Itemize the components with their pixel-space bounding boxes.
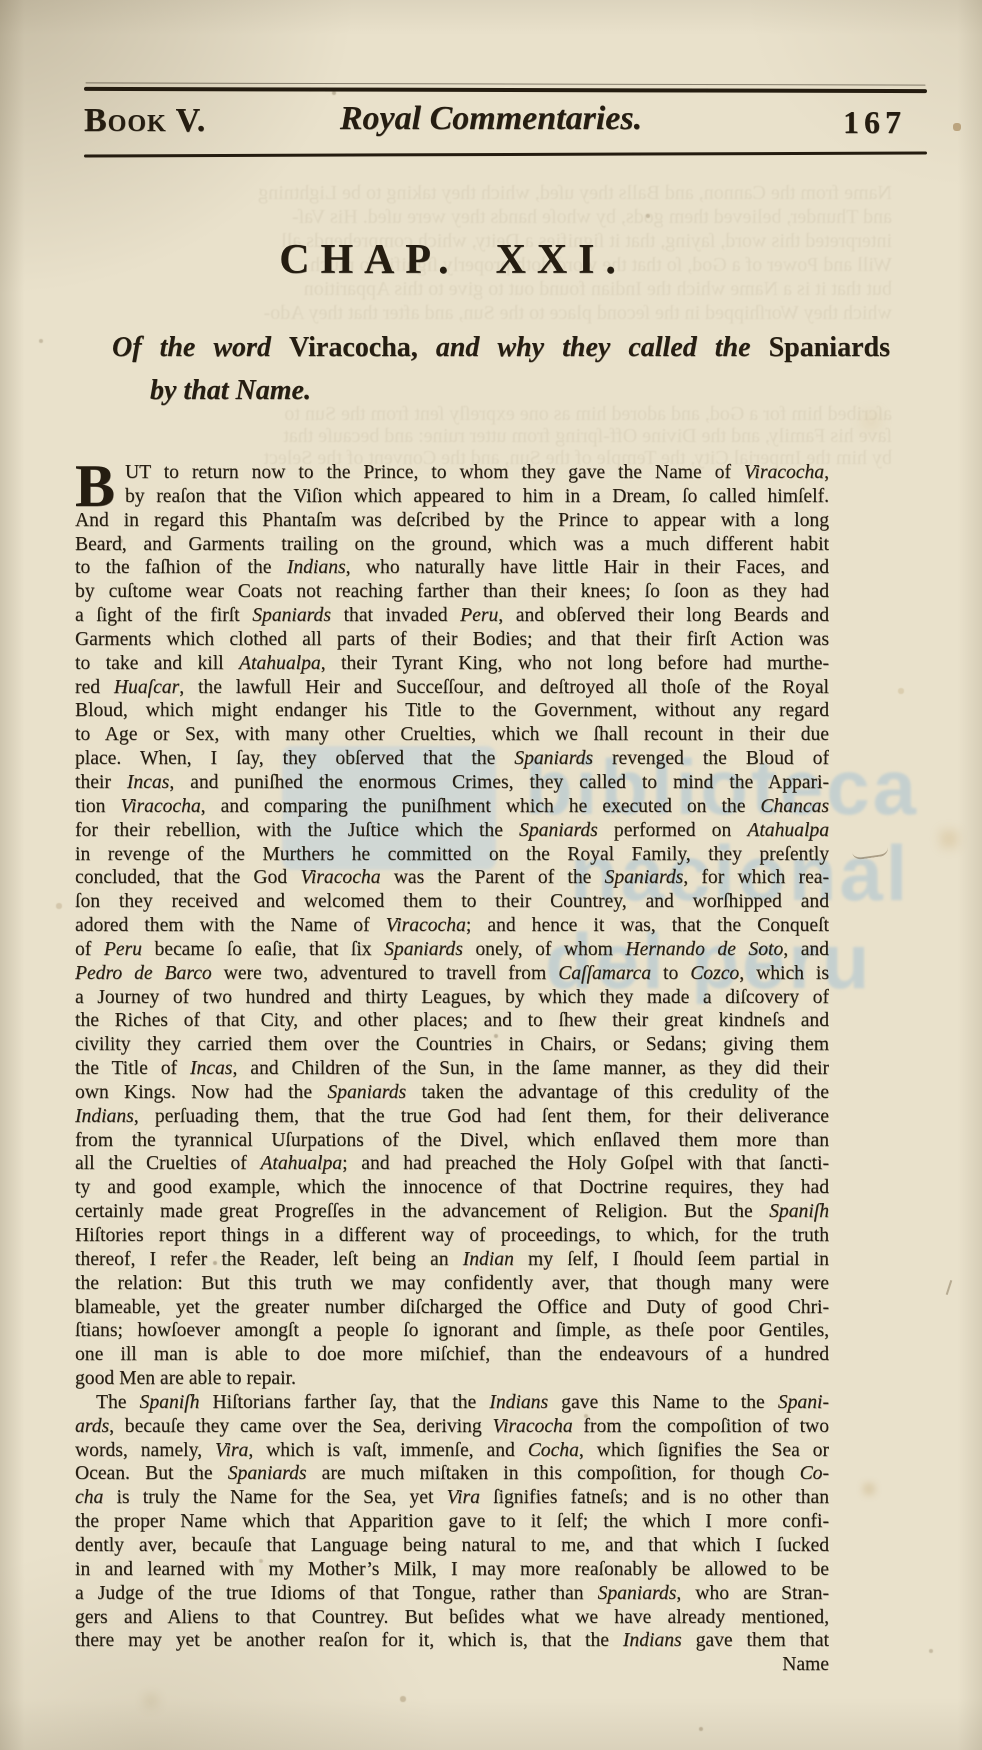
italic-text: Co- — [800, 1463, 829, 1484]
roman-text: tion — [75, 796, 121, 817]
roman-text: , for which rea- — [683, 867, 829, 888]
text-line: the Title of Incas, and Children of the … — [75, 1057, 829, 1081]
italic-text: and why they called the — [418, 332, 769, 363]
text-line: adored them with the Name of Viracocha; … — [75, 914, 829, 938]
roman-text: red — [75, 677, 114, 698]
roman-text: , and — [783, 939, 829, 960]
italic-text: Atahualpa — [239, 653, 321, 674]
text-line: ſtians; howſoever amongſt a people ſo ig… — [75, 1319, 829, 1343]
roman-text: there may yet be another reaſon for it, … — [75, 1630, 623, 1651]
text-line: a Judge of the true Idioms of that Tongu… — [75, 1582, 829, 1606]
paragraph: BUT to return now to the Prince, to whom… — [75, 461, 829, 1391]
italic-text: Spaniards — [327, 1082, 406, 1103]
italic-text: ards — [75, 1416, 109, 1437]
roman-text: to the faſhion of the — [75, 557, 287, 578]
body-text: BUT to return now to the Prince, to whom… — [75, 461, 829, 1677]
italic-text: Incas — [127, 772, 169, 793]
roman-text: from the tyrannical Uſurpations of the D… — [75, 1130, 829, 1151]
roman-text: Garments which clothed all parts of thei… — [75, 629, 829, 650]
italic-text: Peru — [104, 939, 142, 960]
roman-text: their — [75, 772, 127, 793]
text-line: dently aver, becauſe that Language being… — [75, 1534, 829, 1558]
roman-text: , and Children of the Sun, in the ſame m… — [232, 1058, 829, 1079]
italic-text: Viracocha — [492, 1416, 572, 1437]
text-line: certainly made great Progreſſes in the a… — [75, 1200, 829, 1224]
italic-text: Viracocha — [300, 867, 380, 888]
roman-text: the Riches of that City, and other place… — [75, 1010, 829, 1031]
bleedthrough-text: ſave his Family, and the Divine Off-ſpri… — [82, 424, 892, 448]
roman-text: ſignifies fatneſs; and is no other than — [480, 1487, 829, 1508]
italic-text: Spaniards — [514, 748, 593, 769]
italic-text: Indians — [489, 1392, 548, 1413]
italic-text: Hernando de Soto — [625, 939, 783, 960]
italic-text: Of the word — [112, 332, 289, 363]
italic-text: Spaniards — [384, 939, 463, 960]
roman-text: And in regard this Phantaſm was deſcribe… — [75, 510, 829, 531]
roman-text: ſon they received and welcomed them to t… — [75, 891, 829, 912]
italic-text: Viracocha — [121, 796, 201, 817]
italic-text: Atahualpa — [747, 820, 829, 841]
roman-text: gave them that — [682, 1630, 829, 1651]
italic-text: Spaniards — [252, 605, 331, 626]
italic-text: Indians — [287, 557, 346, 578]
text-line: their Incas, and puniſhed the enormous C… — [75, 771, 829, 795]
subtitle-line-2: by that Name. — [150, 369, 890, 412]
roman-text: a Judge of the true Idioms of that Tongu… — [75, 1583, 598, 1604]
text-line: all the Cruelties of Atahualpa; and had … — [75, 1152, 829, 1176]
roman-text: Bloud, which might endanger his Title to… — [75, 700, 829, 721]
text-line: the relation: But this truth we may conf… — [75, 1272, 829, 1296]
roman-text: by reaſon that the Viſion which appeared… — [125, 486, 829, 507]
roman-text: onely, of whom — [463, 939, 626, 960]
roman-text: gave this Name to the — [548, 1392, 778, 1413]
text-line: ards, becauſe they came over the Sea, de… — [75, 1415, 829, 1439]
paper-foxing-spots — [0, 0, 2, 2]
text-line: Hiſtories report things in a different w… — [75, 1224, 829, 1248]
roman-text: to Age or Sex, with many other Cruelties… — [75, 724, 829, 745]
text-line: The Spaniſh Hiſtorians farther ſay, that… — [75, 1391, 829, 1415]
italic-text: cha — [75, 1487, 103, 1508]
roman-text: Hiſtories report things in a different w… — [75, 1225, 829, 1246]
roman-text: is truly the Name for the Sea, yet — [103, 1487, 446, 1508]
roman-text: , the lawfull Heir and Succeſſour, and d… — [179, 677, 829, 698]
text-line: Beard, and Garments trailing on the grou… — [75, 533, 829, 557]
text-line: in and learned with my Mother’s Milk, I … — [75, 1558, 829, 1582]
roman-text: to take and kill — [75, 653, 239, 674]
text-line: Pedro de Barco were two, adventured to t… — [75, 962, 829, 986]
italic-text: Indian — [463, 1249, 514, 1270]
roman-text: my ſelf, I ſhould ſeem partial in — [514, 1249, 829, 1270]
roman-text: Ocean. But the — [75, 1463, 228, 1484]
text-line: for their rebellion, with the Juſtice wh… — [75, 819, 829, 843]
roman-text: of — [75, 939, 104, 960]
text-line: words, namely, Vira, which is vaſt, imme… — [75, 1439, 829, 1463]
roman-text: The — [96, 1392, 140, 1413]
roman-text: became ſo eaſie, that ſix — [142, 939, 384, 960]
roman-text: Spaniards — [769, 332, 890, 363]
text-line: from the tyrannical Uſurpations of the D… — [75, 1129, 829, 1153]
roman-text: all the Cruelties of — [75, 1153, 260, 1174]
text-line: Garments which clothed all parts of thei… — [75, 628, 829, 652]
roman-text: gers and Aliens to that Countrey. But be… — [75, 1607, 829, 1628]
chapter-heading: CHAP. XXI. — [75, 236, 831, 284]
running-title: Royal Commentaries. — [0, 100, 982, 138]
text-line: Bloud, which might endanger his Title to… — [75, 699, 829, 723]
text-line: a ſight of the firſt Spaniards that inva… — [75, 604, 829, 628]
italic-text: Vira — [215, 1440, 248, 1461]
roman-text: words, namely, — [75, 1440, 215, 1461]
roman-text: civility they carried them over the Coun… — [75, 1034, 829, 1055]
text-line: Ocean. But the Spaniards are much miſtak… — [75, 1462, 829, 1486]
italic-text: Vira — [447, 1487, 480, 1508]
text-line: ſon they received and welcomed them to t… — [75, 890, 829, 914]
italic-text: Chancas — [760, 796, 829, 817]
text-line: a Journey of two hundred and thirty Leag… — [75, 986, 829, 1010]
text-line: thereof, I refer the Reader, leſt being … — [75, 1248, 829, 1272]
roman-text: Beard, and Garments trailing on the grou… — [75, 534, 829, 555]
roman-text: revenged the Bloud of — [593, 748, 829, 769]
roman-text: thereof, I refer the Reader, leſt being … — [75, 1249, 463, 1270]
text-line: UT to return now to the Prince, to whom … — [125, 461, 829, 485]
roman-text: ; and had preached the Holy Goſpel with … — [342, 1153, 829, 1174]
roman-text: a Journey of two hundred and thirty Leag… — [75, 987, 829, 1008]
italic-text: Incas — [190, 1058, 232, 1079]
text-line: concluded, that the God Viracocha was th… — [75, 866, 829, 890]
text-line: in revenge of the Murthers he committed … — [75, 843, 829, 867]
roman-text: good Men are able to repair. — [75, 1368, 296, 1389]
text-line: to take and kill Atahualpa, their Tyrant… — [75, 652, 829, 676]
roman-text: in revenge of the Murthers he committed … — [75, 844, 829, 865]
italic-text: Cozco — [690, 963, 739, 984]
italic-text: Caſſamarca — [558, 963, 651, 984]
text-line: gers and Aliens to that Countrey. But be… — [75, 1606, 829, 1630]
text-line: good Men are able to repair. — [75, 1367, 829, 1391]
drop-cap: B — [75, 463, 118, 508]
bleedthrough-text: which they Worſhipped in the ſecond plac… — [82, 301, 892, 325]
roman-text: in and learned with my Mother’s Milk, I … — [75, 1559, 829, 1580]
header-rule-top — [84, 87, 927, 93]
roman-text: , their Tyrant King, who not long before… — [321, 653, 829, 674]
roman-text: were two, adventured to travell from — [212, 963, 558, 984]
text-line: by reaſon that the Viſion which appeared… — [125, 485, 829, 509]
italic-text: Viracocha — [744, 462, 824, 483]
roman-text: , who naturally have little Hair in thei… — [346, 557, 829, 578]
text-line: to the faſhion of the Indians, who natur… — [75, 556, 829, 580]
roman-text: , which is vaſt, immenſe, and — [248, 1440, 527, 1461]
text-line: the Riches of that City, and other place… — [75, 1009, 829, 1033]
roman-text: taken the advantage of this credulity of… — [406, 1082, 829, 1103]
roman-text: ſtians; howſoever amongſt a people ſo ig… — [75, 1320, 829, 1341]
italic-text: Spaniſh — [140, 1392, 200, 1413]
italic-text: Spaniſh — [769, 1201, 829, 1222]
italic-text: Atahualpa — [260, 1153, 342, 1174]
roman-text: , which ſignifies the Sea or — [579, 1440, 829, 1461]
roman-text: , and obſerved their long Beards and — [498, 605, 829, 626]
text-line: the proper Name which that Apparition ga… — [75, 1510, 829, 1534]
subtitle-line-1: Of the word Viracocha, and why they call… — [112, 326, 890, 369]
italic-text: by that Name. — [150, 375, 311, 406]
roman-text: the Title of — [75, 1058, 190, 1079]
text-line: to Age or Sex, with many other Cruelties… — [75, 723, 829, 747]
text-line: place. When, I ſay, they obſerved that t… — [75, 747, 829, 771]
roman-text: ty and good example, which the innocence… — [75, 1177, 829, 1198]
roman-text: ; and hence it was, that the Conqueſt — [466, 915, 829, 936]
roman-text: , perſuading them, that the true God had… — [134, 1106, 829, 1127]
roman-text: a ſight of the firſt — [75, 605, 252, 626]
roman-text: Hiſtorians farther ſay, that the — [199, 1392, 489, 1413]
roman-text: own Kings. Now had the — [75, 1082, 327, 1103]
text-line: civility they carried them over the Coun… — [75, 1033, 829, 1057]
text-line: ty and good example, which the innocence… — [75, 1176, 829, 1200]
roman-text: are much miſtaken in this compoſition, f… — [307, 1463, 800, 1484]
roman-text: by cuſtome wear Coats not reaching farth… — [75, 581, 829, 602]
text-line: one ill man is able to doe more miſchief… — [75, 1343, 829, 1367]
text-line: cha is truly the Name for the Sea, yet V… — [75, 1486, 829, 1510]
roman-text: was the Parent of the — [381, 867, 605, 888]
page-number: 167 — [843, 104, 906, 141]
roman-text: , which is — [739, 963, 829, 984]
book-page: Name from the Cannon, and Balls they uſe… — [0, 0, 982, 1750]
italic-text: Cocha — [528, 1440, 579, 1461]
roman-text: certainly made great Progreſſes in the a… — [75, 1201, 769, 1222]
catchword: Name — [75, 1653, 829, 1677]
roman-text: place. When, I ſay, they obſerved that t… — [75, 748, 514, 769]
roman-text: UT to return now to the Prince, to whom … — [125, 462, 744, 483]
text-line: by cuſtome wear Coats not reaching farth… — [75, 580, 829, 604]
text-line: own Kings. Now had the Spaniards taken t… — [75, 1081, 829, 1105]
chapter-subtitle: Of the word Viracocha, and why they call… — [112, 326, 890, 412]
italic-text: Spaniards — [228, 1463, 307, 1484]
margin-slash-mark — [946, 1280, 953, 1295]
text-line: there may yet be another reaſon for it, … — [75, 1629, 829, 1653]
italic-text: Peru — [460, 605, 498, 626]
roman-text: to — [651, 963, 690, 984]
bleedthrough-text: and Thunder, believed them gods, by whoſ… — [82, 205, 892, 229]
roman-text: for their rebellion, with the Juſtice wh… — [75, 820, 519, 841]
italic-text: Indians — [75, 1106, 134, 1127]
text-line: of Peru became ſo eaſie, that ſix Spania… — [75, 938, 829, 962]
roman-text: , and puniſhed the enormous Crimes, they… — [169, 772, 829, 793]
header-rule-bottom — [84, 152, 927, 158]
roman-text: from the compoſition of two — [573, 1416, 829, 1437]
italic-text: Indians — [623, 1630, 682, 1651]
roman-text: concluded, that the God — [75, 867, 300, 888]
italic-text: Viracocha — [386, 915, 466, 936]
roman-text: that invaded — [331, 605, 460, 626]
bleedthrough-text: Name from the Cannon, and Balls they uſe… — [82, 181, 892, 205]
roman-text: Viracocha, — [289, 332, 418, 363]
text-line: blameable, yet the greater number diſcha… — [75, 1296, 829, 1320]
text-line: Indians, perſuading them, that the true … — [75, 1105, 829, 1129]
italic-text: Huaſcar — [114, 677, 179, 698]
italic-text: Spaniards — [598, 1583, 677, 1604]
paragraph: The Spaniſh Hiſtorians farther ſay, that… — [75, 1391, 829, 1653]
roman-text: the proper Name which that Apparition ga… — [75, 1511, 829, 1532]
roman-text: , becauſe they came over the Sea, derivi… — [109, 1416, 492, 1437]
roman-text: the relation: But this truth we may conf… — [75, 1273, 829, 1294]
italic-text: Spani- — [778, 1392, 829, 1413]
italic-text: Spaniards — [605, 867, 684, 888]
roman-text: , who are Stran- — [676, 1583, 829, 1604]
text-line: red Huaſcar, the lawfull Heir and Succeſ… — [75, 676, 829, 700]
text-line: tion Viracocha, and comparing the puniſh… — [75, 795, 829, 819]
roman-text: , and comparing the puniſhment which he … — [201, 796, 761, 817]
roman-text: blameable, yet the greater number diſcha… — [75, 1297, 829, 1318]
roman-text: one ill man is able to doe more miſchief… — [75, 1344, 829, 1365]
roman-text: performed on — [598, 820, 748, 841]
roman-text: dently aver, becauſe that Language being… — [75, 1535, 829, 1556]
italic-text: Pedro de Barco — [75, 963, 212, 984]
italic-text: Spaniards — [519, 820, 598, 841]
roman-text: , — [824, 462, 829, 483]
text-line: And in regard this Phantaſm was deſcribe… — [75, 509, 829, 533]
roman-text: adored them with the Name of — [75, 915, 386, 936]
